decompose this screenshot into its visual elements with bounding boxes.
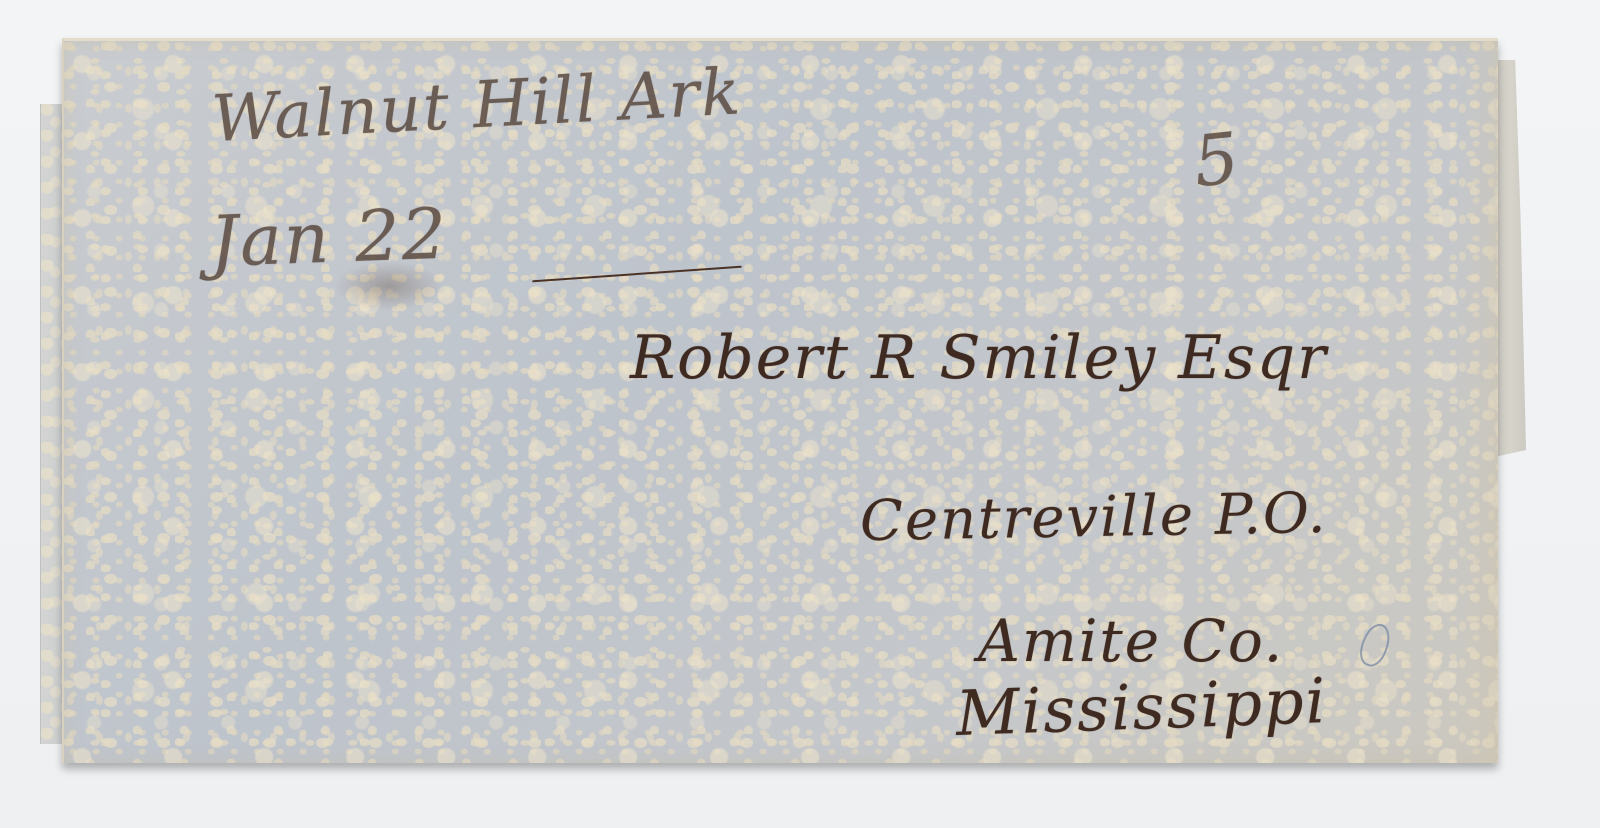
- address-post-office: Centreville P.O.: [859, 481, 1327, 554]
- folded-letter-cover: Walnut Hill Ark 5 Jan 22 Robert R Smiley…: [62, 38, 1498, 763]
- postmark-place: Walnut Hill Ark: [210, 55, 744, 157]
- pencil-circle-mark: [1355, 620, 1394, 670]
- date-flourish: [532, 266, 742, 283]
- address-state: Mississippi: [955, 664, 1329, 750]
- postage-rate: 5: [1190, 117, 1245, 203]
- postmark-date: Jan 22: [209, 193, 450, 283]
- address-county: Amite Co.: [978, 607, 1284, 675]
- scan-background: Walnut Hill Ark 5 Jan 22 Robert R Smiley…: [0, 0, 1600, 828]
- addressee-name: Robert R Smiley Esqr: [630, 323, 1328, 393]
